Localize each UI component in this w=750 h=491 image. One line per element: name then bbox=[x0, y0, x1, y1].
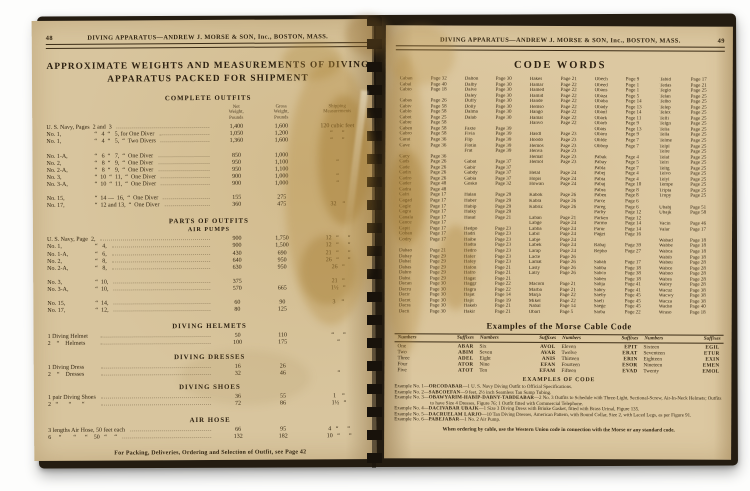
examples-of-code-heading: EXAMPLES OF CODE bbox=[394, 377, 723, 384]
dot-leader bbox=[100, 239, 210, 241]
section-air-pumps: AIR PUMPS bbox=[47, 226, 371, 234]
section-parts-of-outfits: PARTS OF OUTFITS bbox=[47, 217, 371, 226]
air-hose-table: 3 lengths Air Hose, 50 feet each 66 95 4… bbox=[48, 426, 372, 442]
running-head-text: DIVING APPARATUS—ANDREW J. MORSE & SON, … bbox=[426, 36, 695, 44]
header-rule bbox=[46, 42, 370, 49]
dot-leader bbox=[158, 163, 209, 164]
right-page-number: 49 bbox=[695, 38, 725, 45]
cable-header-cell: NumbersSuffixes bbox=[477, 335, 559, 340]
dot-leader bbox=[164, 205, 209, 206]
column-headers: NetWeight,Pounds GrossWeight,Pounds Ship… bbox=[46, 104, 370, 122]
left-page-footer: For Packing, Deliveries, Ordering and Se… bbox=[48, 449, 372, 457]
code-words-title: CODE WORDS bbox=[396, 59, 725, 71]
dot-leader bbox=[101, 374, 211, 376]
code-words-column: Dalton30Dalby30Dalve30Daley30Duffy30Doll… bbox=[464, 77, 530, 316]
dot-leader bbox=[159, 134, 209, 135]
dot-leader bbox=[114, 303, 211, 305]
shoes-table: 1 pair Diving Shoes 36 55 1 “ 2 “ “ “ 72… bbox=[48, 393, 372, 409]
code-word-entry: Wraso18 bbox=[659, 310, 724, 316]
cable-code-entry: TenEFAM bbox=[476, 368, 558, 375]
code-words-column: Tabid17Tedas21Teglo25Telan25Telho25Telep… bbox=[659, 77, 725, 316]
cable-code-entry: FiveATOT bbox=[394, 368, 476, 375]
cable-code-title: Examples of the Morse Cable Code bbox=[395, 320, 724, 331]
dot-leader bbox=[113, 282, 210, 284]
dot-leader bbox=[161, 141, 210, 142]
code-words-column: Obech9Obeed1Obans1Obaza5Obaba14Obady13Ob… bbox=[594, 77, 660, 316]
dot-leader bbox=[112, 246, 210, 248]
complete-outfits-table: U. S. Navy, Pages 2 and 3 1,400 1,600 12… bbox=[46, 123, 371, 210]
dresses-table: 1 Diving Dress 16 26 2 “ Dresses 32 46 “ bbox=[48, 363, 372, 379]
dot-leader bbox=[112, 261, 210, 263]
book-photo: 48 DIVING APPARATUS—ANDREW J. MORSE & SO… bbox=[0, 0, 750, 491]
page-title: APPROXIMATE WEIGHTS AND MEASUREMENTS OF … bbox=[46, 59, 370, 87]
cable-header-cell: NumbersSuffixes bbox=[395, 335, 477, 340]
dot-leader bbox=[122, 437, 211, 439]
code-word-entry: Hakir21 bbox=[464, 310, 529, 316]
cable-header-cell: NumbersSuffixes bbox=[559, 336, 641, 341]
dot-leader bbox=[158, 156, 209, 157]
code-words-table: Caban32Cabal40Cabio18Cabas26Cabiv58Cablo… bbox=[395, 76, 725, 316]
left-page-number: 48 bbox=[46, 35, 76, 42]
section-diving-helmets: DIVING HELMETS bbox=[48, 322, 372, 331]
right-running-head: DIVING APPARATUS—ANDREW J. MORSE & SON, … bbox=[396, 36, 725, 44]
table-row: 2 “ Dresses 32 46 “ bbox=[48, 370, 372, 379]
dot-leader bbox=[130, 430, 211, 431]
dot-leader bbox=[112, 268, 210, 270]
dot-leader bbox=[158, 170, 209, 171]
cable-code-table: OneABARTwoABIMThreeADELFourATORFiveATOT … bbox=[394, 343, 723, 375]
air-pumps-table: U. S. Navy, Page 2, 900 1,750 12 “ “ No.… bbox=[47, 235, 371, 315]
code-word-entry: Dacti30 bbox=[399, 309, 464, 315]
comb-binding bbox=[367, 16, 382, 468]
dot-leader bbox=[101, 404, 211, 406]
dot-leader bbox=[101, 336, 211, 338]
examples-of-code-list: Example No. 1—ORCODABAR—1 U. S. Navy Div… bbox=[394, 385, 723, 425]
cable-code-entry: FifteenEVAD bbox=[558, 368, 640, 375]
dot-leader bbox=[112, 253, 210, 255]
table-row: No. 17,“ 12, 80 125 bbox=[47, 306, 371, 315]
right-page: DIVING APPARATUS—ANDREW J. MORSE & SON, … bbox=[384, 25, 733, 460]
dot-leader bbox=[161, 177, 210, 178]
dot-leader bbox=[101, 367, 211, 369]
code-example: Example No. 6—PABEJABAR—1 No. 2 Air Pump… bbox=[394, 418, 723, 425]
section-air-hose: AIR HOSE bbox=[48, 416, 372, 425]
dot-leader bbox=[163, 198, 210, 199]
code-words-column: Caban32Cabal40Cabio18Cabas26Cabiv58Cablo… bbox=[399, 76, 465, 315]
left-page: 48 DIVING APPARATUS—ANDREW J. MORSE & SO… bbox=[32, 19, 377, 461]
cable-code-entry: TwentyEMOL bbox=[640, 369, 722, 376]
dot-leader bbox=[101, 397, 211, 399]
dot-leader bbox=[113, 289, 210, 291]
section-diving-shoes: DIVING SHOES bbox=[48, 383, 372, 392]
code-word-entry: Sarba22 bbox=[594, 310, 659, 316]
code-word-entry: Obart5 bbox=[529, 310, 594, 316]
cable-header-cell: NumbersSuffixes bbox=[641, 336, 723, 341]
header-rule bbox=[396, 45, 725, 51]
helmets-table: 1 Diving Helmet 50 110 “ “ 2 “ Helmets 1… bbox=[48, 332, 372, 348]
table-row: 2 “ “ “ 72 86 1½ “ bbox=[48, 400, 372, 409]
section-diving-dresses: DIVING DRESSES bbox=[48, 353, 372, 362]
cable-code-column: SixAVOLSevenAVAREightANISNineEFANTenEFAM bbox=[476, 343, 558, 374]
dot-leader bbox=[114, 310, 211, 312]
table-row: 2 “ Helmets 100 175 “ bbox=[48, 339, 372, 348]
dot-leader bbox=[101, 343, 211, 345]
dot-leader bbox=[117, 127, 210, 129]
dot-leader bbox=[161, 184, 210, 185]
cable-code-header-row: NumbersSuffixesNumbersSuffixesNumbersSuf… bbox=[395, 333, 724, 343]
table-row: 6 “ “ “ 50 “ “ 132 182 10 “ “ bbox=[48, 433, 372, 442]
table-row: No. 17,“ 12 and 13, “ One Diver 360 475 … bbox=[47, 201, 371, 210]
cable-code-column: OneABARTwoABIMThreeADELFourATORFiveATOT bbox=[394, 343, 476, 374]
cable-code-column: ElevenEPITTwelveERATThirteenERINFourteen… bbox=[558, 344, 640, 375]
left-running-head: 48 DIVING APPARATUS—ANDREW J. MORSE & SO… bbox=[46, 33, 370, 42]
cable-ordering-note: When ordering by cable, use the Western … bbox=[394, 426, 723, 433]
section-complete-outfits: COMPLETE OUTFITS bbox=[46, 94, 370, 103]
running-head-text: DIVING APPARATUS—ANDREW J. MORSE & SON, … bbox=[76, 33, 340, 42]
cable-code-column: SixteenEGILSeventeenETUREighteenEXINNine… bbox=[640, 344, 722, 375]
code-words-column: Hakes21Hamar22Hamed22Hamid22Hande22Hemso… bbox=[529, 77, 595, 316]
